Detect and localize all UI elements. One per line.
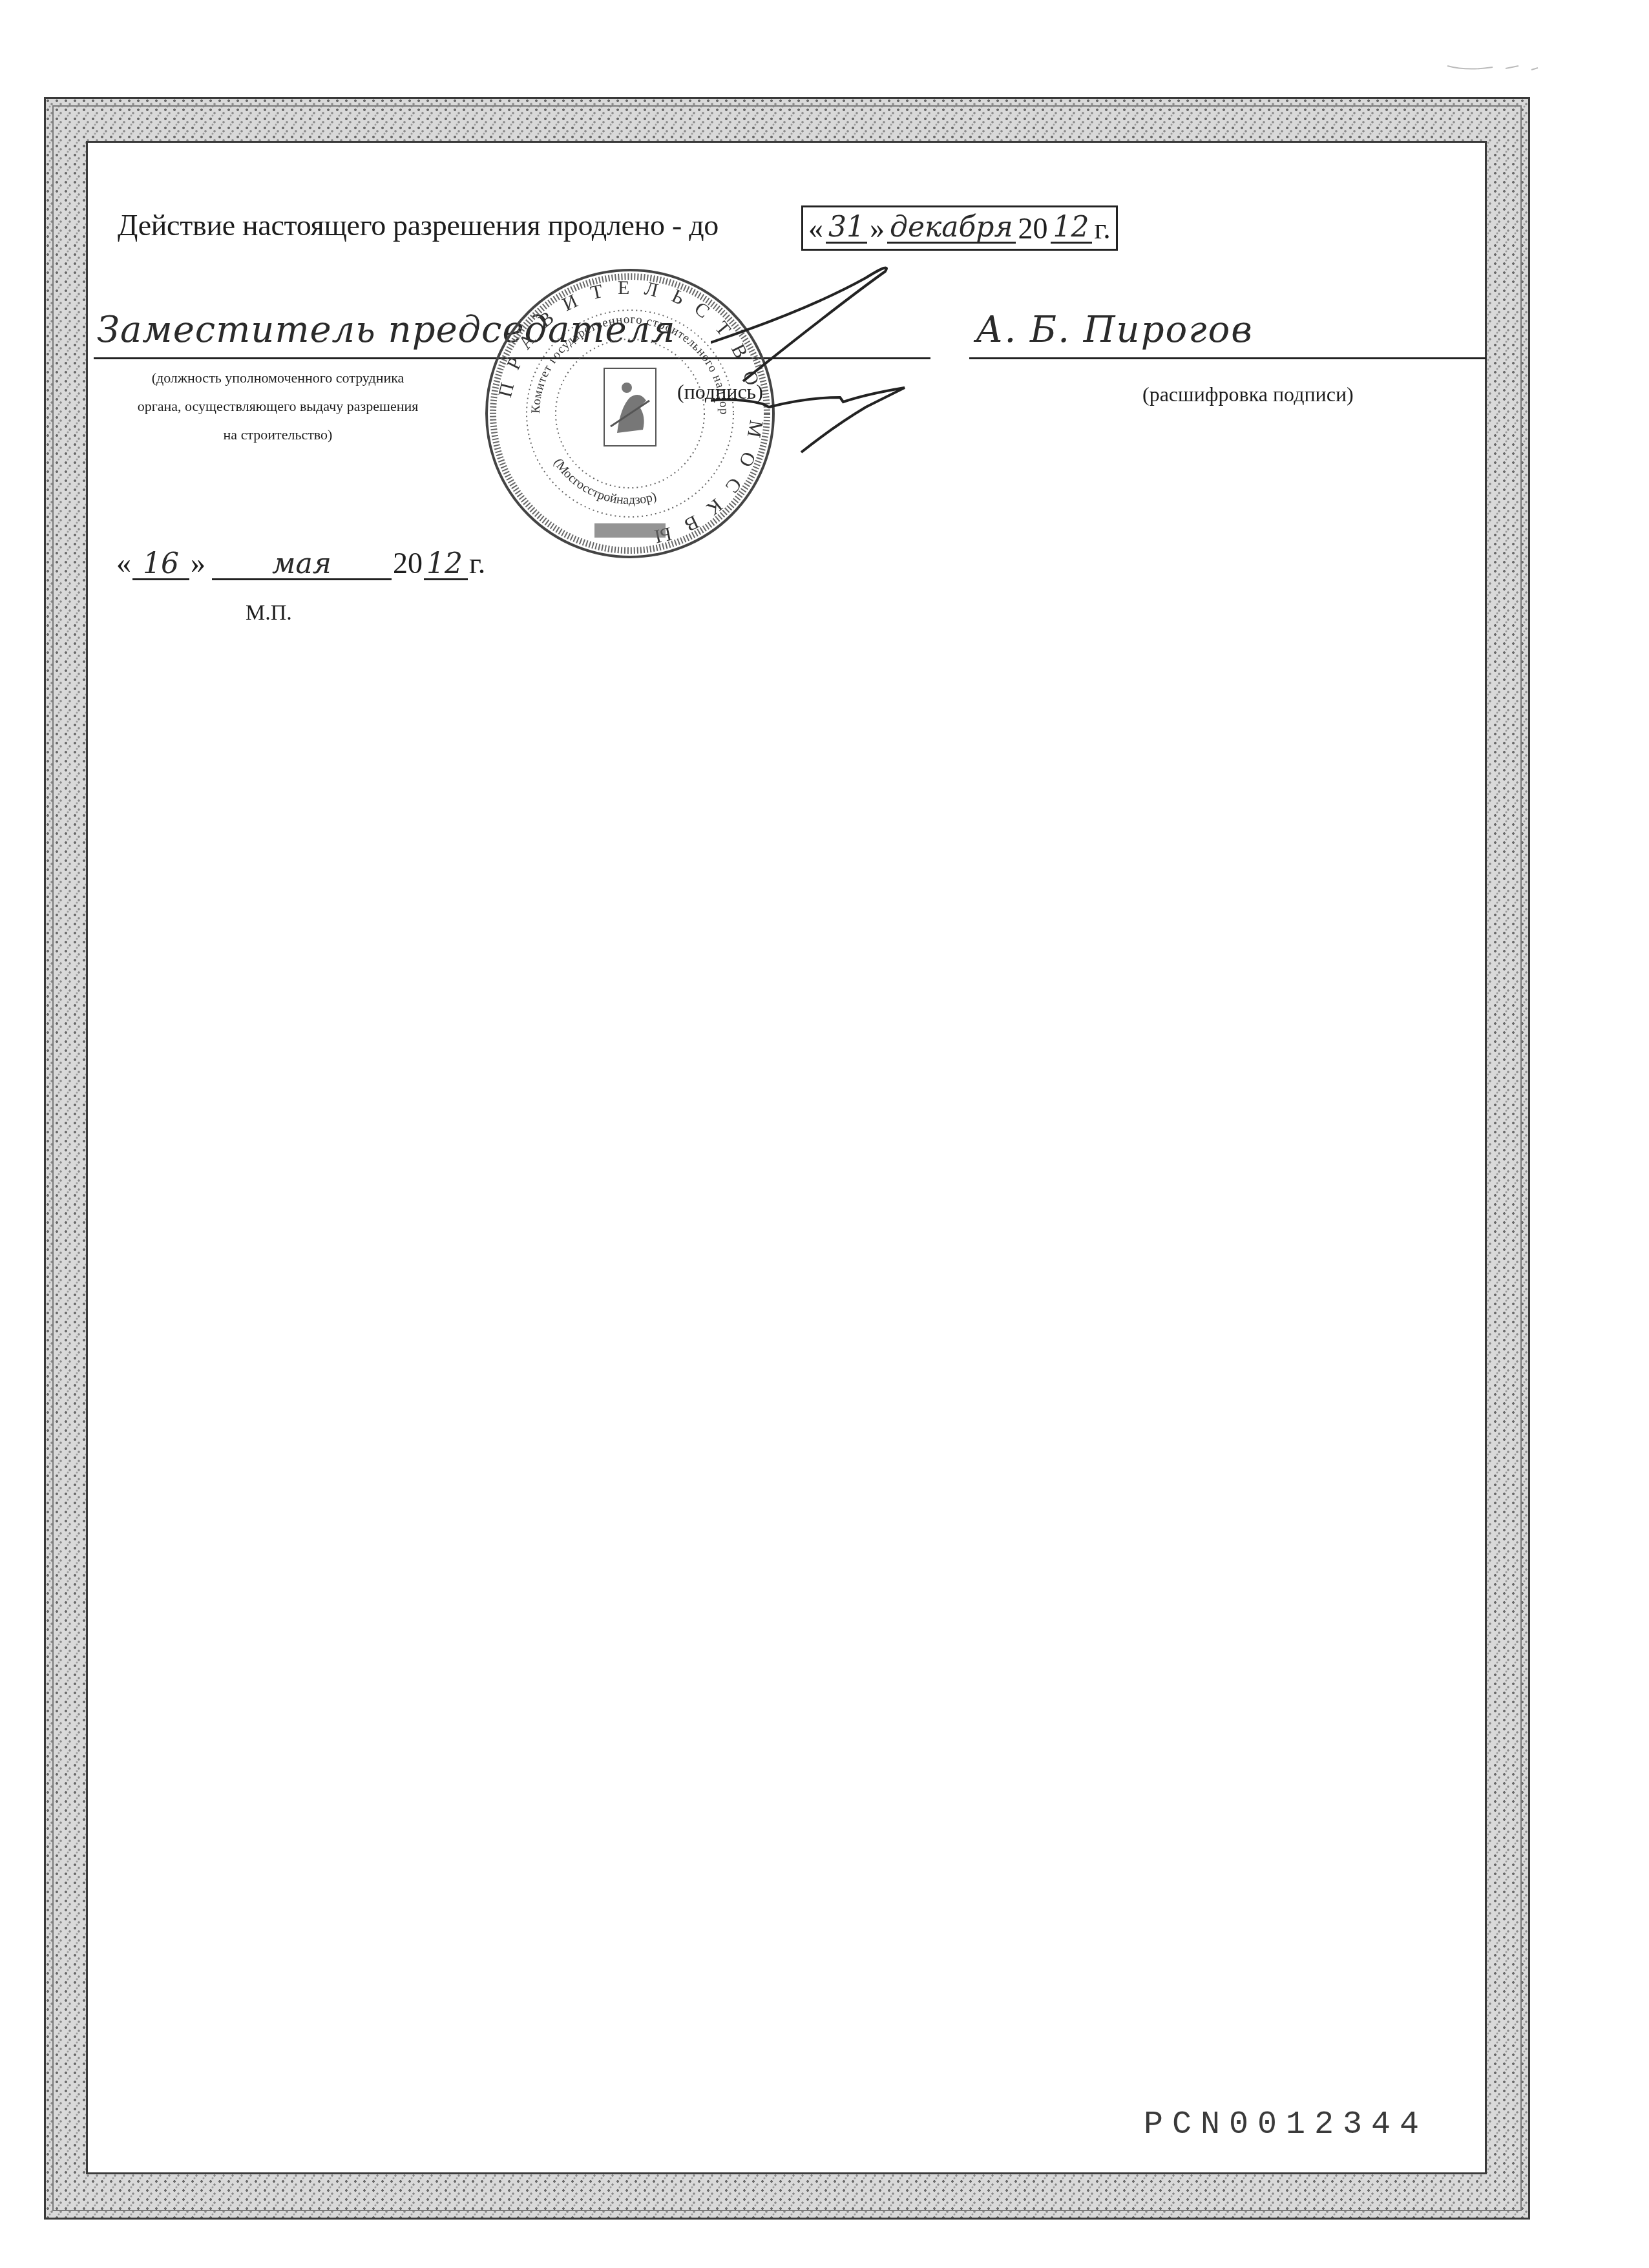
quote-open: « xyxy=(808,211,823,246)
position-caption-line-1: (должность уполномоченного сотрудника xyxy=(71,370,485,386)
seal-place-label: М.П. xyxy=(246,601,292,625)
handwritten-signature xyxy=(711,258,1034,472)
quote-close: » xyxy=(191,546,205,580)
quote-close: » xyxy=(870,211,885,246)
extension-month: декабря xyxy=(887,213,1016,244)
issue-year-suffix: 12 xyxy=(424,550,468,580)
issue-date: « 16 » мая 20 12 г. xyxy=(116,546,485,580)
serial-number: PCN0012344 xyxy=(1144,2106,1428,2143)
quote-open: « xyxy=(116,546,131,580)
issue-year-prefix: 20 xyxy=(393,546,423,580)
scan-artifact xyxy=(1441,52,1570,78)
extension-year-prefix: 20 xyxy=(1018,211,1048,246)
signature-line-right xyxy=(969,357,1486,359)
extension-year-suffix: 12 xyxy=(1051,213,1092,244)
signature-decode-caption: (расшифровка подписи) xyxy=(1142,383,1354,406)
moscow-coat-of-arms-icon xyxy=(604,368,656,446)
issue-day: 16 xyxy=(132,550,189,580)
extension-day: 31 xyxy=(826,213,867,244)
issue-month: мая xyxy=(212,550,392,580)
position-caption-line-2: органа, осуществляющего выдачу разрешени… xyxy=(71,398,485,415)
svg-text:(Мосгосстройнадзор): (Мосгосстройнадзор) xyxy=(551,456,658,507)
extension-year-unit: г. xyxy=(1095,211,1111,246)
extension-date-box: « 31 » декабря 20 12 г. xyxy=(801,205,1118,251)
issue-year-unit: г. xyxy=(469,546,485,580)
position-caption-line-3: на строительство) xyxy=(71,426,485,443)
extension-text: Действие настоящего разрешения продлено … xyxy=(118,208,719,242)
signature-caption: (подпись) xyxy=(677,380,763,404)
